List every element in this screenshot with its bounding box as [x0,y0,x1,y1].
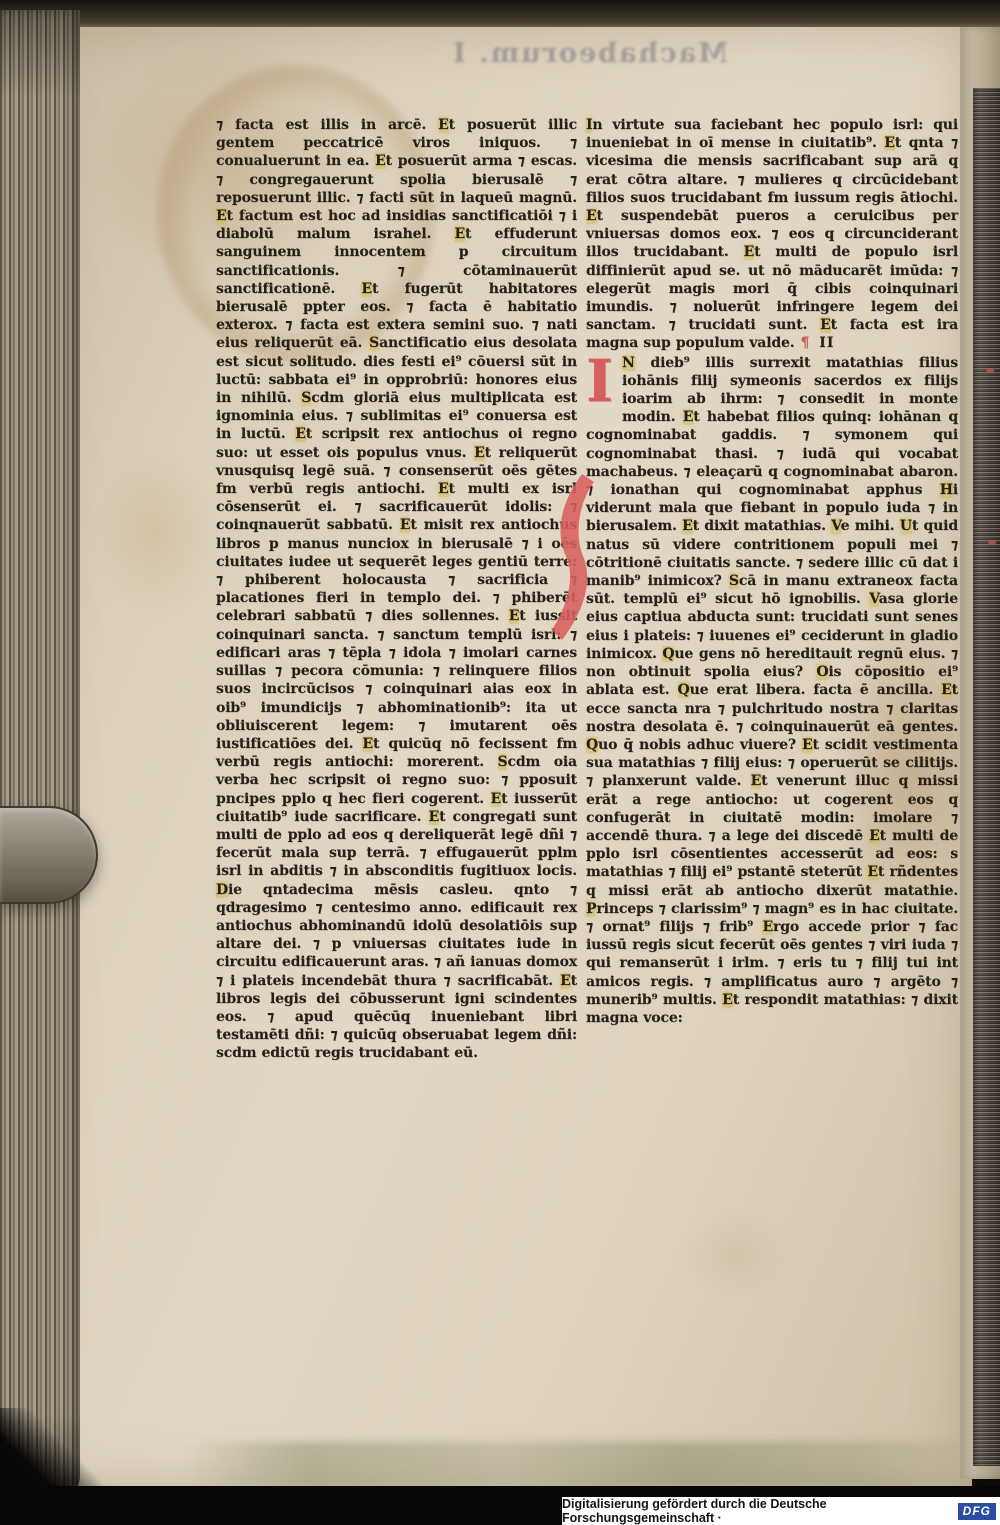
stacked-page-edges [0,10,80,1502]
book-top-edge [0,0,1000,27]
rubric-flourish-icon [552,472,596,642]
ghost-running-title: Machabeorum. I [418,38,728,69]
next-page-bleedthrough-text [973,88,1000,1466]
chapter2-text: N dieb⁹ illis surrexit matathias filius … [586,355,958,1026]
book-clasp [0,806,98,904]
red-ink-speck [986,368,994,373]
chapter2-paragraph: I N dieb⁹ illis surrexit matathias filiu… [586,354,958,1028]
chapter-number: II [811,335,834,351]
scanned-book-photograph: Machabeorum. I ⁊ facta est illis in arcē… [0,0,1000,1525]
edge-smudge-stain [186,1442,986,1488]
rubricated-initial: I [586,357,613,409]
digitization-credit-bar: Digitalisierung gefördert durch die Deut… [562,1497,1000,1525]
text-column-right: In virtute sua faciebant hec populo isrl… [586,116,958,1027]
chapter1-text: In virtute sua faciebant hec populo isrl… [586,117,958,351]
text-column-left: ⁊ facta est illis in arcē. Et posuerūt i… [216,116,577,1063]
red-ink-speck [988,540,996,545]
rubricated-pilcrow: ¶ [795,335,812,351]
digitization-credit-text: Digitalisierung gefördert durch die Deut… [562,1497,953,1525]
dfg-logo: DFG [958,1503,996,1520]
